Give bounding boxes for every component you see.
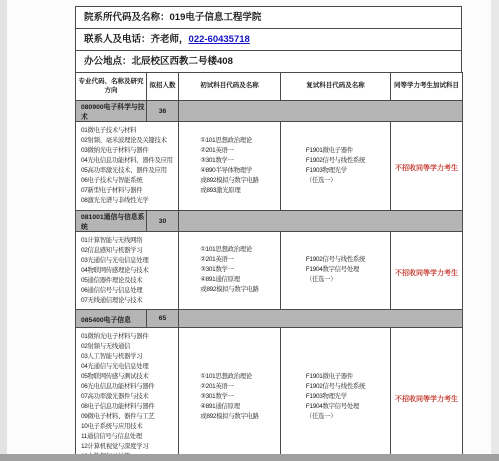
col-header-additional-test: 同等学力考生加试科目 (391, 73, 463, 101)
initial-exam-item: ③301数学一 (200, 156, 259, 166)
retest-item: （任选一） (306, 176, 365, 186)
research-direction-item: 03光通信与光电信息处理 (81, 256, 177, 266)
research-direction-item: 06光电信息功能材料与器件 (81, 382, 177, 392)
additional-test-cell: 不招收同等学力考生 (391, 328, 463, 461)
initial-exam-item: 或892模拟与数字电路 (200, 285, 259, 295)
research-direction-item: 05高功率激光技术、器件及应用 (81, 166, 177, 176)
col-header-count: 拟招人数 (147, 73, 179, 101)
band-filler (179, 310, 463, 328)
col-header-program: 专业代码、名称及研究方向 (76, 73, 147, 101)
initial-exam-item: ①101思想政治理论 (200, 245, 259, 255)
research-direction-item: 11通信信号与信息处理 (81, 432, 177, 442)
program-code-name: 085400电子信息 (76, 310, 147, 328)
initial-exam-item: ③301数学一 (200, 265, 259, 275)
retest-cell: F1902信号与线性系统F1904数字信号处理（任选一） (281, 232, 391, 310)
research-direction-item: 09微电子材料、器件与工艺 (81, 412, 177, 422)
retest-item: F1904数字信号处理 (306, 402, 365, 412)
retest-item: F1902信号与线性系统 (306, 156, 365, 166)
research-direction-item: 03微纳光电子材料与器件 (81, 146, 177, 156)
dept-code-label: 院系所代码及名称： (84, 12, 170, 23)
program-code-name: 080900电子科学与技术 (76, 101, 147, 122)
retest-item: F1903物理光学 (306, 166, 365, 176)
research-direction-item: 01计算智能与无线网络 (81, 236, 177, 246)
band-filler (179, 101, 463, 122)
planned-count: 30 (147, 211, 179, 232)
initial-exam-item: ③301数学一 (200, 392, 259, 402)
research-direction-item: 10电子系统与应用技术 (81, 422, 177, 432)
retest-item: F1901微电子器件 (306, 372, 365, 382)
section-body-081001: 01计算智能与无线网络02信息感知与机器学习03光通信与光电信息处理04物联网传… (76, 232, 463, 310)
retest-list: F1901微电子器件F1902信号与线性系统F1903物理光学F1904数字信号… (306, 372, 365, 422)
research-directions: 01计算智能与无线网络02信息感知与机器学习03光通信与光电信息处理04物联网传… (76, 232, 179, 310)
retest-item: （任选一） (306, 275, 365, 285)
initial-exam-cell: ①101思想政治理论②201英语一③301数学一④891通信原理或892模拟与数… (179, 232, 281, 310)
initial-exam-item: ④891通信原理 (200, 275, 259, 285)
research-direction-item: 01微电子技术与材料 (81, 126, 177, 136)
planned-count: 36 (147, 101, 179, 122)
contact-label: 联系人及电话： (84, 34, 151, 45)
no-equivalent-note: 不招收同等学力考生 (395, 165, 458, 172)
dept-code-value: 019电子信息工程学院 (170, 12, 262, 23)
col-header-initial-exam: 初试科目代码及名称 (179, 73, 281, 101)
section-body-080900: 01微电子技术与材料02射频、毫米波理论及关键技术03微纳光电子材料与器件04光… (76, 122, 463, 211)
initial-exam-item: ②201英语一 (200, 255, 259, 265)
admissions-table: 专业代码、名称及研究方向 拟招人数 初试科目代码及名称 复试科目代码及名称 同等… (75, 72, 463, 461)
retest-cell: F1901微电子器件F1902信号与线性系统F1903物理光学（任选一） (281, 122, 391, 211)
initial-exam-list: ①101思想政治理论②201英语一③301数学一④891通信原理或892模拟与数… (200, 245, 259, 295)
document-page: 院系所代码及名称：019电子信息工程学院 联系人及电话：齐老师，022-6043… (0, 0, 499, 461)
photo-edge-bottom (0, 454, 499, 461)
retest-item: F1901微电子器件 (306, 146, 365, 156)
initial-exam-item: 或893激光原理 (200, 186, 259, 196)
initial-exam-item: ②201英语一 (200, 146, 259, 156)
research-direction-item: 04物联网传感理论与技术 (81, 266, 177, 276)
planned-count: 65 (147, 310, 179, 328)
research-direction-item: 07无线通信理论与技术 (81, 296, 177, 306)
research-direction-item: 01微纳光电子材料与器件 (81, 332, 177, 342)
initial-exam-item: ①101思想政治理论 (200, 372, 259, 382)
research-direction-item: 08激光光谱与非线性光学 (81, 196, 177, 206)
research-direction-item: 07新型电子材料与器件 (81, 186, 177, 196)
retest-item: F1904数字信号处理 (306, 265, 365, 275)
research-direction-item: 03人工智能与机器学习 (81, 352, 177, 362)
office-row: 办公地点：北辰校区西教二号楼408 (75, 50, 462, 73)
table-header-row: 专业代码、名称及研究方向 拟招人数 初试科目代码及名称 复试科目代码及名称 同等… (76, 73, 463, 101)
section-band-081001: 081001通信与信息系统 30 (76, 211, 463, 232)
contact-row: 联系人及电话：齐老师，022-60435718 (75, 28, 462, 51)
research-direction-item: 06电子技术与智能系统 (81, 176, 177, 186)
research-direction-item: 02信息感知与机器学习 (81, 246, 177, 256)
admissions-document: 院系所代码及名称：019电子信息工程学院 联系人及电话：齐老师，022-6043… (75, 6, 462, 461)
section-band-085400: 085400电子信息 65 (76, 310, 463, 328)
research-direction-item: 05通信器件理论及技术 (81, 276, 177, 286)
office-value: 北辰校区西教二号楼408 (132, 56, 233, 67)
retest-list: F1902信号与线性系统F1904数字信号处理（任选一） (306, 255, 365, 285)
research-direction-item: 02射频与无线通信 (81, 342, 177, 352)
initial-exam-item: ①101思想政治理论 (200, 136, 259, 146)
research-directions: 01微纳光电子材料与器件02射频与无线通信03人工智能与机器学习04光通信与光电… (76, 328, 179, 461)
research-direction-item: 04光电信息功能材料、器件及应用 (81, 156, 177, 166)
initial-exam-list: ①101思想政治理论②201英语一③301数学一④891通信原理或892模拟与数… (200, 372, 259, 422)
initial-exam-item: ④890半导体物理学 (200, 166, 259, 176)
retest-item: （任选一） (306, 412, 365, 422)
office-label: 办公地点： (84, 56, 132, 67)
initial-exam-item: 或892模拟与数字电路 (200, 176, 259, 186)
retest-item: F1902信号与线性系统 (306, 255, 365, 265)
phone-link[interactable]: 022-60435718 (189, 34, 250, 45)
photo-edge-left (0, 0, 7, 461)
program-code-name: 081001通信与信息系统 (76, 211, 147, 232)
retest-item: F1902信号与线性系统 (306, 382, 365, 392)
section-body-085400: 01微纳光电子材料与器件02射频与无线通信03人工智能与机器学习04光通信与光电… (76, 328, 463, 461)
research-direction-item: 06通信信号与信息处理 (81, 286, 177, 296)
initial-exam-list: ①101思想政治理论②201英语一③301数学一④890半导体物理学或892模拟… (200, 136, 259, 196)
no-equivalent-note: 不招收同等学力考生 (395, 396, 458, 403)
col-header-retest: 复试科目代码及名称 (281, 73, 391, 101)
additional-test-cell: 不招收同等学力考生 (391, 232, 463, 310)
retest-cell: F1901微电子器件F1902信号与线性系统F1903物理光学F1904数字信号… (281, 328, 391, 461)
research-direction-item: 12计算机视觉与深度学习 (81, 442, 177, 452)
dept-code-row: 院系所代码及名称：019电子信息工程学院 (75, 6, 462, 29)
research-direction-item: 04光通信与光电信息处理 (81, 362, 177, 372)
retest-item: F1903物理光学 (306, 392, 365, 402)
initial-exam-item: ②201英语一 (200, 382, 259, 392)
band-filler (179, 211, 463, 232)
research-direction-item: 08电子信息功能材料与器件 (81, 402, 177, 412)
initial-exam-item: ④891通信原理 (200, 402, 259, 412)
research-directions: 01微电子技术与材料02射频、毫米波理论及关键技术03微纳光电子材料与器件04光… (76, 122, 179, 211)
research-direction-item: 05物联网传感与测试技术 (81, 372, 177, 382)
photo-edge-right (491, 0, 499, 461)
research-direction-item: 02射频、毫米波理论及关键技术 (81, 136, 177, 146)
retest-list: F1901微电子器件F1902信号与线性系统F1903物理光学（任选一） (306, 146, 365, 186)
contact-name: 齐老师， (151, 34, 189, 45)
research-direction-item: 07高功率激光器件与技术 (81, 392, 177, 402)
section-band-080900: 080900电子科学与技术 36 (76, 101, 463, 122)
initial-exam-item: 或892模拟与数字电路 (200, 412, 259, 422)
no-equivalent-note: 不招收同等学力考生 (395, 270, 458, 277)
additional-test-cell: 不招收同等学力考生 (391, 122, 463, 211)
initial-exam-cell: ①101思想政治理论②201英语一③301数学一④890半导体物理学或892模拟… (179, 122, 281, 211)
initial-exam-cell: ①101思想政治理论②201英语一③301数学一④891通信原理或892模拟与数… (179, 328, 281, 461)
